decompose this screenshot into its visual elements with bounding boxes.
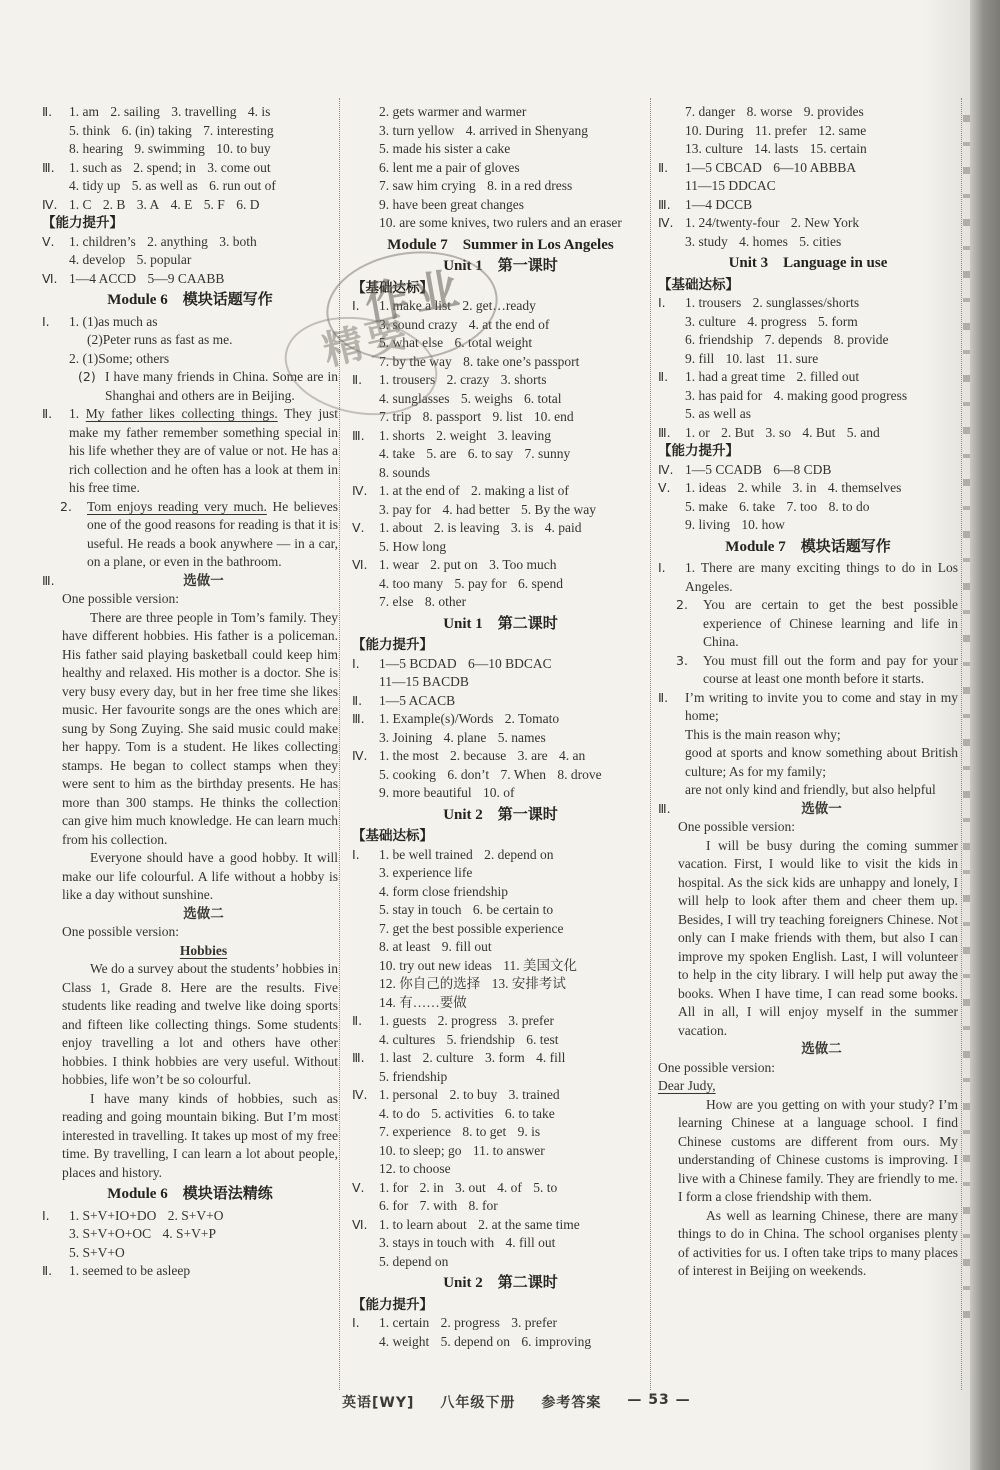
answer-line: 3. pay for 4. had better 5. By the way	[352, 501, 649, 520]
answer-line: This is the main reason why;	[658, 726, 958, 745]
answer-entry: 3. come out	[207, 160, 270, 175]
item-label: Ⅵ.	[352, 1216, 379, 1235]
answer-line: Ⅱ.1—5 ACACB	[352, 692, 649, 711]
answer-line: 5. friendship	[352, 1068, 649, 1087]
scan-edge-shadow	[970, 0, 1000, 1470]
answer-line: 7. saw him crying 8. in a red dress	[352, 177, 649, 196]
answer-line: Ⅳ.1. at the end of 2. making a list of	[352, 482, 649, 501]
answer-line: 4. form close friendship	[352, 883, 649, 902]
answer-entry: 2. New York	[791, 215, 859, 230]
answer-entry: 1. be well trained	[379, 847, 473, 862]
answer-entry: 5. depend on	[379, 1254, 448, 1269]
answer-entry: 5. pay for	[455, 576, 507, 591]
answer-entry: 7. else	[379, 594, 414, 609]
answer-entry: 5. names	[498, 730, 546, 745]
section-heading: Unit 1 第二课时	[352, 615, 649, 634]
answer-entry: 1. or	[685, 425, 710, 440]
text-run: Unit 1 第一课时	[443, 258, 558, 274]
answer-line: Ⅱ.1. am 2. sailing 3. travelling 4. is	[42, 103, 338, 122]
answer-entry: 3. prefer	[511, 1315, 557, 1330]
answer-entry: 1—4 DCCB	[685, 197, 752, 212]
answer-line: 3. S+V+O+OC 4. S+V+P	[42, 1225, 338, 1244]
answer-line: 4. too many 5. pay for 6. spend	[352, 575, 649, 594]
answer-line: 5. made his sister a cake	[352, 140, 649, 159]
answer-line: Ⅵ.1. wear 2. put on 3. Too much	[352, 556, 649, 575]
answer-entry: 10. last	[726, 351, 765, 366]
text-run: I will be busy during the coming summer …	[678, 838, 958, 1038]
answer-line: Ⅳ.1. the most 2. because 3. are 4. an	[352, 747, 649, 766]
answer-entry: 5. activities	[431, 1106, 493, 1121]
item-label: Ⅳ.	[42, 196, 69, 215]
text-run: Unit 3 Language in use	[729, 255, 888, 271]
answer-entry: 3. travelling	[171, 104, 236, 119]
item-label: Ⅰ.	[658, 559, 685, 578]
answer-entry: 6. for	[379, 1198, 408, 1213]
answer-line: 9. have been great changes	[352, 196, 649, 215]
text-run: My father likes collecting things.	[86, 406, 278, 421]
answer-entry: 4. weight	[379, 1334, 429, 1349]
text-line: One possible version:	[658, 1059, 958, 1078]
answer-entry: 5. cooking	[379, 767, 436, 782]
answer-entry: 4. an	[559, 748, 585, 763]
answer-entry: 2. to buy	[450, 1087, 498, 1102]
answer-entry: 3. turn yellow	[379, 123, 454, 138]
item-label: Ⅴ.	[658, 479, 685, 498]
item-label: Ⅱ.	[658, 368, 685, 387]
answer-column-left: Ⅱ.1. am 2. sailing 3. travelling 4. is 5…	[42, 103, 338, 1281]
answer-entry: 1. am	[69, 104, 99, 119]
text-run: 【基础达标】	[352, 828, 433, 843]
answer-entry: 13. 安排考试	[492, 976, 566, 991]
answer-entry: 2. (1)Some; others	[69, 351, 169, 366]
answer-line: 5. stay in touch 6. be certain to	[352, 901, 649, 920]
item-label: Ⅲ.	[352, 710, 379, 729]
answer-line: 2. gets warmer and warmer	[352, 103, 649, 122]
answer-entry: 1. certain	[379, 1315, 429, 1330]
answer-entry: 7. depends	[765, 332, 823, 347]
answer-entry: 6. lent me a pair of gloves	[379, 160, 520, 175]
answer-entry: 5. weighs	[461, 391, 513, 406]
answer-line: 5. as well as	[658, 405, 958, 424]
answer-line: 2.You are certain to get the best possib…	[676, 596, 958, 652]
answer-entry: 11. sure	[776, 351, 818, 366]
answer-entry: 8. for	[469, 1198, 498, 1213]
text-run: 【能力提升】	[42, 215, 123, 230]
text-run: 【基础达标】	[658, 277, 739, 292]
item-label: Ⅱ.	[42, 405, 69, 424]
answer-line: Ⅱ.1. guests 2. progress 3. prefer	[352, 1012, 649, 1031]
answer-entry: 14. lasts	[754, 141, 798, 156]
item-label: Ⅲ.	[42, 159, 69, 178]
text-line: Dear Judy,	[658, 1077, 958, 1096]
answer-entry: 10. to sleep; go	[379, 1143, 462, 1158]
text-run: 选做二	[801, 1041, 842, 1056]
column-divider-2	[650, 98, 651, 1390]
answer-entry: 8. to get	[462, 1124, 506, 1139]
item-label: Ⅳ.	[658, 461, 685, 480]
answer-line: 7. experience 8. to get 9. is	[352, 1123, 649, 1142]
answer-entry: 3. out	[455, 1180, 486, 1195]
answer-line: 10. are some knives, two rulers and an e…	[352, 214, 649, 233]
column-divider-1	[339, 98, 340, 1390]
answer-entry: 2. get…ready	[462, 298, 535, 313]
answer-line: Ⅲ.1. such as 2. spend; in 3. come out	[42, 159, 338, 178]
answer-entry: 1—5 ACACB	[379, 693, 455, 708]
section-heading: Module 7 模块话题写作	[658, 538, 958, 557]
answer-entry: 4. of	[497, 1180, 522, 1195]
answer-entry: 10. end	[534, 409, 574, 424]
text-run: There are three people in Tom’s family. …	[62, 610, 338, 847]
answer-entry: 1. such as	[69, 160, 122, 175]
answer-entry: 3. both	[219, 234, 257, 249]
answer-line: Ⅱ.1. trousers 2. crazy 3. shorts	[352, 371, 649, 390]
answer-entry: 13. culture	[685, 141, 743, 156]
answer-entry: 10. to buy	[216, 141, 270, 156]
level-heading: 【能力提升】	[658, 442, 958, 461]
text-run: Module 7 Summer in Los Angeles	[387, 237, 613, 253]
answer-entry: 2. Tomato	[505, 711, 559, 726]
essay-paragraph: We do a survey about the students’ hobbi…	[62, 960, 338, 1090]
text-run: You must fill out the form and pay for y…	[703, 653, 958, 687]
answer-entry: 5. friendship	[379, 1069, 447, 1084]
answer-line: 3.You must fill out the form and pay for…	[676, 652, 958, 689]
centered-heading: Ⅲ.选做一	[658, 800, 958, 819]
answer-entry: 1. seemed to be asleep	[69, 1263, 190, 1278]
answer-entry: 4. form close friendship	[379, 884, 508, 899]
answer-entry: 3. Too much	[489, 557, 556, 572]
answer-line: 5. think 6. (in) taking 7. interesting	[42, 122, 338, 141]
answer-line: 4. develop 5. popular	[42, 251, 338, 270]
answer-entry: 9. living	[685, 517, 730, 532]
answer-line: 13. culture 14. lasts 15. certain	[658, 140, 958, 159]
text-run: Everyone should have a good hobby. It wi…	[62, 850, 338, 902]
answer-entry: 11. prefer	[755, 123, 807, 138]
answer-entry: 4. arrived in Shenyang	[466, 123, 588, 138]
answer-line: 4. take 5. are 6. to say 7. sunny	[352, 445, 649, 464]
answer-line: 4. to do 5. activities 6. to take	[352, 1105, 649, 1124]
level-heading: 【基础达标】	[352, 279, 649, 298]
answer-line: Ⅲ.1—4 DCCB	[658, 196, 958, 215]
answer-entry: 1. shorts	[379, 428, 425, 443]
item-label: (2)	[78, 368, 105, 387]
answer-entry: 8. sounds	[379, 465, 430, 480]
answer-entry: 1. at the end of	[379, 483, 460, 498]
answer-entry: 5. How long	[379, 539, 446, 554]
text-run: One possible version:	[678, 819, 795, 834]
answer-line: 7. danger 8. worse 9. provides	[658, 103, 958, 122]
answer-line: Ⅰ.1. trousers 2. sunglasses/shorts	[658, 294, 958, 313]
answer-entry: 4. paid	[545, 520, 582, 535]
answer-line: Ⅱ.1. had a great time 2. filled out	[658, 368, 958, 387]
answer-line: are not only kind and friendly, but also…	[658, 781, 958, 800]
text-run: Dear Judy,	[658, 1078, 716, 1093]
answer-entry: 2. is leaving	[434, 520, 500, 535]
answer-entry: 7. danger	[685, 104, 735, 119]
item-label: Ⅰ.	[658, 294, 685, 313]
answer-line: 9. more beautiful 10. of	[352, 784, 649, 803]
centered-heading: 选做二	[42, 905, 338, 924]
answer-entry: 2. making a list of	[471, 483, 569, 498]
answer-line: 8. hearing 9. swimming 10. to buy	[42, 140, 338, 159]
answer-entry: 5. and	[847, 425, 880, 440]
answer-line: 4. cultures 5. friendship 6. test	[352, 1031, 649, 1050]
item-label: Ⅳ.	[352, 747, 379, 766]
answer-entry: 11—15 BACDB	[379, 674, 469, 689]
essay-paragraph: There are three people in Tom’s family. …	[62, 609, 338, 850]
text-run: I have many friends in China. Some are i…	[105, 369, 338, 403]
answer-entry: 5. form	[818, 314, 858, 329]
item-label: Ⅱ.	[42, 103, 69, 122]
answer-entry: 3. pay for	[379, 502, 431, 517]
answer-line: 5. How long	[352, 538, 649, 557]
answer-entry: 2. weight	[436, 428, 486, 443]
answer-line: Ⅴ.1. about 2. is leaving 3. is 4. paid	[352, 519, 649, 538]
text-run: 1.	[69, 406, 86, 421]
answer-entry: 7. When	[501, 767, 547, 782]
section-heading: Unit 3 Language in use	[658, 254, 958, 273]
answer-entry: 2. But	[721, 425, 754, 440]
section-heading: Module 6 模块语法精练	[42, 1185, 338, 1204]
answer-line: 7. get the best possible experience	[352, 920, 649, 939]
text-run: This is the main reason why;	[685, 727, 841, 742]
answer-entry: 12. to choose	[379, 1161, 451, 1176]
answer-entry: 1. last	[379, 1050, 411, 1065]
answer-line: 10. During 11. prefer 12. same	[658, 122, 958, 141]
answer-entry: 1. make a list	[379, 298, 451, 313]
answer-line: 3. experience life	[352, 864, 649, 883]
text-run: We do a survey about the students’ hobbi…	[62, 961, 338, 1087]
answer-entry: 3. in	[793, 480, 817, 495]
answer-entry: 2. gets warmer and warmer	[379, 104, 526, 119]
answer-entry: 5. made his sister a cake	[379, 141, 510, 156]
text-run: good at sports and know something about …	[685, 745, 958, 779]
text-run: Unit 2 第一课时	[443, 807, 558, 823]
answer-entry: 5. as well as	[132, 178, 198, 193]
level-heading: 【基础达标】	[658, 276, 958, 295]
item-label: Ⅲ.	[352, 427, 379, 446]
answer-entry: 4. But	[802, 425, 835, 440]
answer-line: 5. depend on	[352, 1253, 649, 1272]
centered-heading: Ⅲ.选做一	[42, 572, 338, 591]
answer-entry: 1. C	[69, 197, 92, 212]
answer-line: 3. sound crazy 4. at the end of	[352, 316, 649, 335]
essay-paragraph: I have many kinds of hobbies, such as re…	[62, 1090, 338, 1183]
answer-entry: 4. develop	[69, 252, 125, 267]
answer-entry: 2. B	[103, 197, 126, 212]
text-run: I have many kinds of hobbies, such as re…	[62, 1091, 338, 1180]
answer-entry: 1. for	[379, 1180, 408, 1195]
answer-entry: 3. experience life	[379, 865, 472, 880]
answer-entry: 6—10 ABBBA	[773, 160, 856, 175]
footer-section: 参考答案	[541, 1392, 601, 1412]
answer-entry: 8. drove	[557, 767, 601, 782]
essay-paragraph: As well as learning Chinese, there are m…	[678, 1207, 958, 1281]
answer-entry: 1. guests	[379, 1013, 426, 1028]
answer-line: Ⅰ.1. There are many exciting things to d…	[658, 559, 958, 596]
answer-entry: 7. saw him crying	[379, 178, 476, 193]
answer-entry: 6. spend	[518, 576, 563, 591]
section-heading: Module 6 模块话题写作	[42, 291, 338, 310]
answer-entry: 2. sailing	[110, 104, 160, 119]
answer-line: Ⅲ.1. shorts 2. weight 3. leaving	[352, 427, 649, 446]
level-heading: 【能力提升】	[352, 1296, 649, 1315]
essay-paragraph: Everyone should have a good hobby. It wi…	[62, 849, 338, 905]
answer-entry: 5—9 CAABB	[148, 271, 225, 286]
level-heading: 【能力提升】	[352, 636, 649, 655]
item-label: Ⅰ.	[352, 846, 379, 865]
answer-line: Ⅱ.1—5 CBCAD 6—10 ABBBA	[658, 159, 958, 178]
answer-entry: 1. the most	[379, 748, 439, 763]
section-heading: Unit 2 第一课时	[352, 806, 649, 825]
answer-line: 7. trip 8. passport 9. list 10. end	[352, 408, 649, 427]
answer-entry: 3. are	[518, 748, 548, 763]
answer-line: 4. sunglasses 5. weighs 6. total	[352, 390, 649, 409]
item-label: Ⅱ.	[42, 1262, 69, 1281]
answer-entry: 1. ideas	[685, 480, 726, 495]
answer-entry: 2. put on	[430, 557, 478, 572]
answer-entry: 3. shorts	[501, 372, 547, 387]
answer-entry: 5. friendship	[447, 1032, 515, 1047]
answer-entry: 4. homes	[739, 234, 788, 249]
answer-entry: 3. sound crazy	[379, 317, 457, 332]
answer-line: Ⅱ.1. My father likes collecting things. …	[42, 405, 338, 498]
item-label: Ⅵ.	[42, 270, 69, 289]
item-label: Ⅳ.	[352, 482, 379, 501]
answer-line: Ⅵ.1. to learn about 2. at the same time	[352, 1216, 649, 1235]
item-label: Ⅰ.	[352, 297, 379, 316]
answer-entry: 3. form	[485, 1050, 525, 1065]
answer-entry: 6. run out of	[209, 178, 276, 193]
answer-line: 11—15 DDCAC	[658, 177, 958, 196]
item-label: Ⅲ.	[658, 196, 685, 215]
answer-entry: 10. try out new ideas	[379, 958, 492, 973]
answer-entry: 6. total	[524, 391, 562, 406]
answer-line: 2. (1)Some; others	[42, 350, 338, 369]
text-run: One possible version:	[62, 591, 179, 606]
section-heading: Unit 1 第一课时	[352, 257, 649, 276]
text-run: 选做一	[801, 801, 842, 816]
item-label: 2.	[60, 498, 87, 517]
answer-entry: 4. at the end of	[469, 317, 550, 332]
answer-entry: 1. 24/twenty-four	[685, 215, 779, 230]
text-line: One possible version:	[658, 818, 958, 837]
answer-line: 5. make 6. take 7. too 8. to do	[658, 498, 958, 517]
text-run: One possible version:	[658, 1060, 775, 1075]
answer-line: 8. sounds	[352, 464, 649, 483]
answer-line: 6. friendship 7. depends 8. provide	[658, 331, 958, 350]
answer-line: (2)I have many friends in China. Some ar…	[78, 368, 338, 405]
text-run: 1. There are many exciting things to do …	[685, 560, 958, 594]
answer-line: (2)Peter runs as fast as me.	[60, 331, 338, 350]
answer-line: 6. for 7. with 8. for	[352, 1197, 649, 1216]
item-label: Ⅰ.	[42, 1207, 69, 1226]
item-label: Ⅲ.	[658, 800, 671, 819]
answer-entry: 6. total weight	[454, 335, 532, 350]
text-line: One possible version:	[42, 923, 338, 942]
answer-entry: 4. themselves	[828, 480, 902, 495]
page-footer: 英语[WY] 八年级下册 参考答案 — 53 —	[342, 1392, 691, 1412]
text-run: Module 7 模块话题写作	[725, 539, 890, 555]
answer-entry: 1. to learn about	[379, 1217, 467, 1232]
answer-entry: 2. S+V+O	[168, 1208, 224, 1223]
answer-entry: 3. prefer	[508, 1013, 554, 1028]
answer-entry: 7. trip	[379, 409, 411, 424]
answer-entry: 2. at the same time	[478, 1217, 580, 1232]
text-run: 选做一	[183, 573, 224, 588]
answer-entry: 3. culture	[685, 314, 736, 329]
answer-entry: 9. fill	[685, 351, 714, 366]
column-divider-3	[961, 98, 962, 1390]
answer-entry: 3. A	[137, 197, 160, 212]
answer-entry: 1. children’s	[69, 234, 136, 249]
answer-line: Ⅳ.1. 24/twenty-four 2. New York	[658, 214, 958, 233]
answer-entry: 3. has paid for	[685, 388, 762, 403]
answer-line: 3. has paid for 4. making good progress	[658, 387, 958, 406]
answer-entry: 5. depend on	[441, 1334, 510, 1349]
answer-entry: 1. about	[379, 520, 423, 535]
answer-entry: 5. are	[426, 446, 456, 461]
text-run: You are certain to get the best possible…	[703, 597, 958, 649]
answer-entry: 4. S+V+P	[162, 1226, 216, 1241]
answer-line: Ⅱ.1. seemed to be asleep	[42, 1262, 338, 1281]
answer-entry: 3. Joining	[379, 730, 432, 745]
answer-entry: 4. cultures	[379, 1032, 435, 1047]
text-run: How are you getting on with your study? …	[678, 1097, 958, 1205]
answer-entry: 8. take one’s passport	[463, 354, 579, 369]
answer-entry: 1. had a great time	[685, 369, 785, 384]
answer-entry: 4. plane	[444, 730, 487, 745]
answer-entry: 6. take	[739, 499, 775, 514]
answer-line: Ⅰ.1. S+V+IO+DO 2. S+V+O	[42, 1207, 338, 1226]
answer-line: 12. to choose	[352, 1160, 649, 1179]
answer-line: Ⅴ.1. for 2. in 3. out 4. of 5. to	[352, 1179, 649, 1198]
answer-line: 6. lent me a pair of gloves	[352, 159, 649, 178]
answer-entry: 8. other	[425, 594, 466, 609]
answer-entry: 2. filled out	[796, 369, 859, 384]
answer-entry: 7. interesting	[203, 123, 274, 138]
text-run: 10. are some knives, two rulers and an e…	[379, 215, 622, 230]
answer-line: 4. tidy up 5. as well as 6. run out of	[42, 177, 338, 196]
answer-entry: 1—5 BCDAD	[379, 656, 457, 671]
item-label: Ⅰ.	[42, 313, 69, 332]
answer-entry: 2. culture	[423, 1050, 474, 1065]
answer-entry: 10. how	[741, 517, 785, 532]
answer-entry: 2. sunglasses/shorts	[753, 295, 860, 310]
answer-entry: 4. E	[171, 197, 193, 212]
answer-entry: 8. in a red dress	[487, 178, 572, 193]
item-label: Ⅵ.	[352, 556, 379, 575]
answer-line: 7. else 8. other	[352, 593, 649, 612]
answer-entry: 1. wear	[379, 557, 419, 572]
answer-entry: 1. personal	[379, 1087, 438, 1102]
text-run: Module 6 模块语法精练	[107, 1186, 272, 1202]
text-line: One possible version:	[42, 590, 338, 609]
answer-entry: 14. 有……要做	[379, 995, 467, 1010]
answer-column-middle: 2. gets warmer and warmer 3. turn yellow…	[352, 103, 649, 1351]
answer-entry: 9. fill out	[442, 939, 492, 954]
answer-entry: 5. make	[685, 499, 728, 514]
answer-entry: 9. provides	[804, 104, 864, 119]
answer-entry: 10. During	[685, 123, 744, 138]
answer-line: Ⅰ.1—5 BCDAD 6—10 BDCAC	[352, 655, 649, 674]
text-run: are not only kind and friendly, but also…	[685, 782, 936, 797]
answer-entry: 7. get the best possible experience	[379, 921, 563, 936]
answer-line: Ⅵ.1—4 ACCD 5—9 CAABB	[42, 270, 338, 289]
answer-line: 3. Joining 4. plane 5. names	[352, 729, 649, 748]
footer-page-number: — 53 —	[627, 1392, 690, 1412]
text-run: 【基础达标】	[352, 280, 433, 295]
answer-entry: 4. fill out	[506, 1235, 556, 1250]
